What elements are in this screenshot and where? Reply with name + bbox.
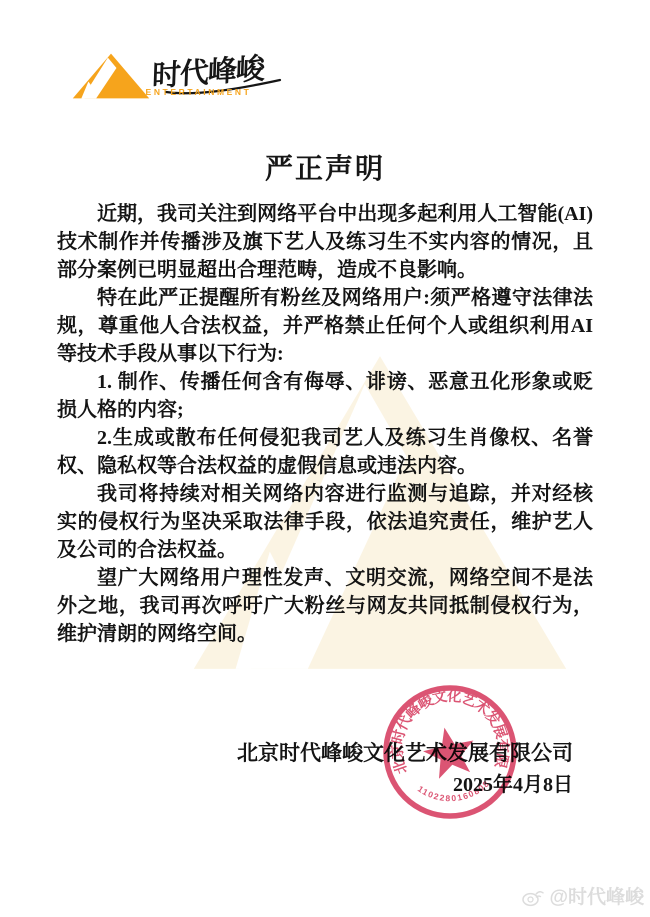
company-seal-stamp: 北京时代峰峻文化艺术发展有限公司 1102280160808 — [380, 682, 520, 822]
weibo-handle: @时代峰峻 — [549, 882, 644, 909]
seal-number: 1102280160808 — [416, 778, 492, 803]
weibo-watermark: @时代峰峻 — [521, 882, 644, 908]
statement-title: 严正声明 — [0, 147, 650, 187]
svg-text:1102280160808: 1102280160808 — [416, 778, 492, 803]
statement-body: 近期，我司关注到网络平台中出现多起利用人工智能(AI)技术制作并传播涉及旗下艺人… — [57, 200, 593, 648]
paragraph-appeal: 望广大网络用户理性发声、文明交流，网络空间不是法外之地，我司再次呼吁广大粉丝与网… — [57, 564, 593, 648]
weibo-icon — [521, 887, 545, 907]
paragraph-enforcement: 我司将持续对相关网络内容进行监测与追踪，并对经核实的侵权行为坚决采取法律手段，依… — [57, 480, 593, 564]
seal-star-icon — [423, 728, 473, 779]
paragraph-intro: 近期，我司关注到网络平台中出现多起利用人工智能(AI)技术制作并传播涉及旗下艺人… — [57, 200, 593, 284]
paragraph-reminder: 特在此严正提醒所有粉丝及网络用户:须严格遵守法律法规，尊重他人合法权益，并严格禁… — [57, 284, 593, 368]
brand-name-english: TF ENTERTAINMENT — [125, 87, 251, 97]
company-logo: 时代峰峻 TF ENTERTAINMENT — [72, 50, 292, 110]
paragraph-item-1: 1. 制作、传播任何含有侮辱、诽谤、恶意丑化形象或贬损人格的内容; — [57, 368, 593, 424]
statement-page: 时代峰峻 TF ENTERTAINMENT 严正声明 近期，我司关注到网络平台中… — [0, 0, 650, 917]
paragraph-item-2: 2.生成或散布任何侵犯我司艺人及练习生肖像权、名誉权、隐私权等合法权益的虚假信息… — [57, 424, 593, 480]
